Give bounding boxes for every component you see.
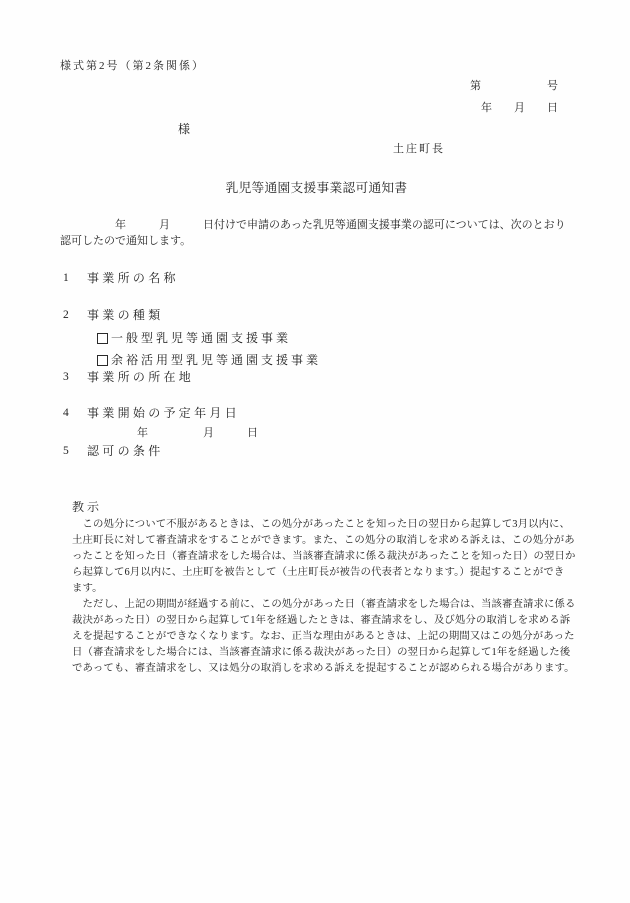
appeal-instructions: 教示 この処分について不服があるときは、この処分があったことを知った日の翌日から… (72, 499, 573, 677)
intro-line: 認可したので通知します。 (60, 233, 573, 249)
item-business-type: 2 事業の種類 (60, 307, 573, 324)
item-business-address: 3 事業所の所在地 (60, 369, 573, 386)
item-start-date: 4 事業開始の予定年月日 (60, 405, 573, 422)
instructions-line: 土庄町長に対して審査請求をすることができます。また、この処分の取消しを求める訴え… (72, 533, 573, 549)
item-label: 認可の条件 (87, 443, 164, 460)
addressee-honorific: 様 (178, 122, 192, 136)
item-label: 事業開始の予定年月日 (87, 405, 240, 422)
appeal-instructions-heading: 教示 (72, 499, 573, 515)
instructions-line: 日（審査請求をした場合には、当該審査請求に係る裁決があった日）の翌日から起算して… (72, 645, 573, 661)
option-label: 一般型乳児等通園支援事業 (111, 330, 291, 346)
document-number-line: 第 号 (60, 78, 573, 94)
item-label: 事業所の名称 (87, 270, 179, 287)
item-label: 事業所の所在地 (87, 369, 194, 386)
instructions-line: ただし、上記の期間が経過する前に、この処分があった日（審査請求をした場合は、当該… (72, 597, 573, 613)
issue-date-line: 年 月 日 (60, 100, 573, 116)
form-reference: 様式第2号（第2条関係） (60, 58, 573, 74)
checkbox-icon[interactable] (97, 355, 108, 366)
instructions-line: ら起算して6月以内に、土庄町を被告として（土庄町長が被告の代表者となります。）提… (72, 565, 573, 581)
item-number: 4 (63, 405, 87, 422)
item-number: 3 (63, 369, 87, 386)
item-approval-conditions: 5 認可の条件 (60, 443, 573, 460)
instructions-line: えを提起することができなくなります。なお、正当な理由があるときは、上記の期間又は… (72, 629, 573, 645)
item-number: 1 (63, 270, 87, 287)
item-business-name: 1 事業所の名称 (60, 270, 573, 287)
instructions-line: であっても、審査請求をし、又は処分の取消しを求める訴えを提起することが認められる… (72, 661, 573, 677)
sender-title: 土庄町長 (393, 143, 445, 155)
business-type-option-general: 一般型乳児等通園支援事業 (97, 330, 573, 346)
business-type-option-surplus: 余裕活用型乳児等通園支援事業 (97, 352, 573, 368)
instructions-line: 裁決があった日）の翌日から起算して1年を経過したときは、審査請求をし、及び処分の… (72, 613, 573, 629)
intro-line: 年 月 日付けで申請のあった乳児等通園支援事業の認可については、次のとおり (60, 217, 573, 233)
document-page: 様式第2号（第2条関係） 第 号 年 月 日 様 土庄町長 乳児等通園支援事業認… (0, 0, 630, 903)
checkbox-icon[interactable] (97, 333, 108, 344)
item-label: 事業の種類 (87, 307, 164, 324)
option-label: 余裕活用型乳児等通園支援事業 (111, 352, 321, 368)
start-date-blank-line: 年 月 日 (60, 425, 573, 441)
page-title: 乳児等通園支援事業認可通知書 (60, 179, 573, 197)
instructions-line: ます。 (72, 581, 573, 597)
item-number: 2 (63, 307, 87, 324)
intro-paragraph: 年 月 日付けで申請のあった乳児等通園支援事業の認可については、次のとおり 認可… (60, 217, 573, 249)
instructions-line: ったことを知った日（審査請求をした場合は、当該審査請求に係る裁決があったことを知… (72, 549, 573, 565)
sender-line: 土庄町長 (60, 141, 573, 157)
item-number: 5 (63, 443, 87, 460)
addressee-line: 様 (60, 121, 573, 138)
instructions-line: この処分について不服があるときは、この処分があったことを知った日の翌日から起算し… (72, 517, 573, 533)
